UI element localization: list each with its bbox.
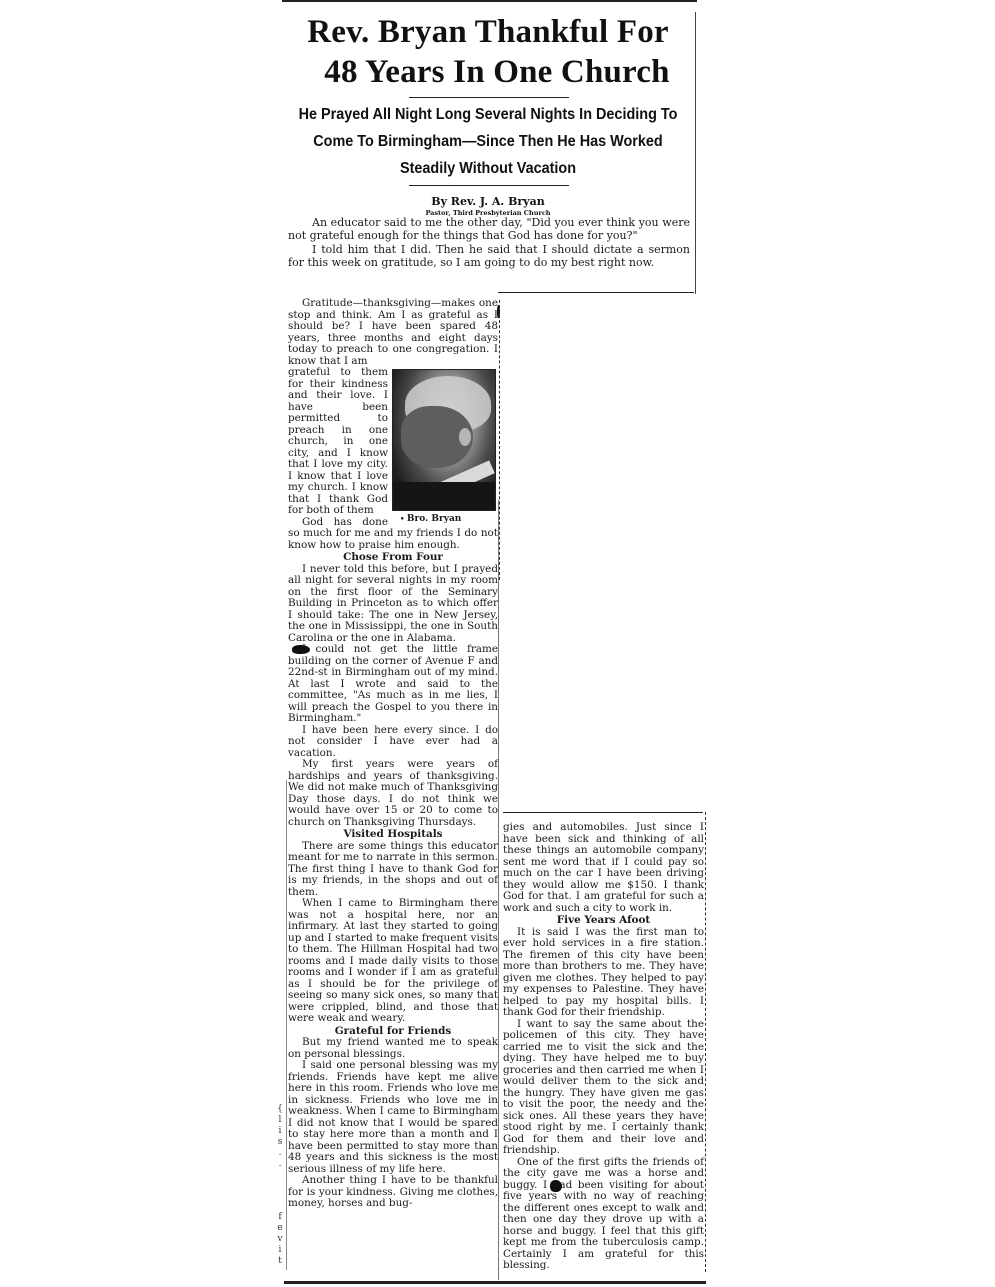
- deck-line-2: Come To Birmingham—Since Then He Has Wor…: [296, 128, 679, 155]
- continuation-paragraph: gies and automobiles. Just since I have …: [503, 822, 704, 914]
- deck-line-1: He Prayed All Night Long Several Nights …: [296, 101, 679, 128]
- subheadline-deck: He Prayed All Night Long Several Nights …: [296, 101, 679, 182]
- deck-divider: [409, 185, 569, 186]
- lede-paragraph: An educator said to me the other day, "D…: [288, 216, 690, 243]
- column-gutter-rule-lower: [498, 500, 500, 1280]
- deck-line-3: Steadily Without Vacation: [296, 155, 679, 182]
- section-paragraph: My first years were years of hardships a…: [288, 759, 498, 828]
- portrait-figure: Bro. Bryan: [392, 369, 498, 525]
- right-column-border: [705, 812, 707, 1272]
- headline-line-1: Rev. Bryan Thankful For: [282, 12, 694, 52]
- ink-blot: [497, 305, 500, 318]
- section-paragraph: But my friend wanted me to speak on pers…: [288, 1037, 498, 1060]
- section-paragraph: One of the first gifts the friends of th…: [503, 1157, 704, 1272]
- adjacent-column-fragment: f e v i t: [276, 1212, 284, 1267]
- lede-bottom-rule: [498, 292, 694, 293]
- top-rule: [282, 0, 697, 2]
- column-2: gies and automobiles. Just since I have …: [503, 822, 704, 1272]
- photo-caption: Bro. Bryan: [392, 513, 498, 525]
- ink-blot: [550, 1180, 562, 1192]
- byline: By Rev. J. A. Bryan: [282, 196, 694, 208]
- headline-divider: [409, 97, 569, 98]
- section-paragraph: I want to say the same about the policem…: [503, 1019, 704, 1157]
- portrait-photo: [392, 369, 496, 511]
- section-paragraph: I could not get the little frame buildin…: [288, 644, 498, 725]
- newspaper-clipping: Rev. Bryan Thankful For 48 Years In One …: [0, 0, 995, 1287]
- section-paragraph: Another thing I have to be thankful for …: [288, 1175, 498, 1210]
- lede-paragraphs: An educator said to me the other day, "D…: [288, 216, 690, 270]
- right-border-rule: [695, 12, 697, 294]
- section-paragraph: There are some things this educator mean…: [288, 841, 498, 899]
- paragraph-intro: Gratitude—thanksgiving—makes one stop an…: [288, 298, 498, 367]
- ink-blot: [292, 645, 310, 654]
- column-1: Gratitude—thanksgiving—makes one stop an…: [288, 298, 498, 1210]
- headline-line-2: 48 Years In One Church: [282, 52, 694, 92]
- section-paragraph: I never told this before, but I prayed a…: [288, 564, 498, 645]
- section-paragraph: I said one personal blessing was my frie…: [288, 1060, 498, 1175]
- section-heading: Chose From Four: [288, 552, 498, 564]
- section-paragraph: When I came to Birmingham there was not …: [288, 898, 498, 1025]
- section-paragraph: It is said I was the first man to ever h…: [503, 927, 704, 1019]
- bottom-rule: [284, 1281, 706, 1284]
- section-heading: Visited Hospitals: [288, 829, 498, 841]
- column2-top-rule: [503, 812, 703, 813]
- section-heading: Five Years Afoot: [503, 915, 704, 927]
- adjacent-column-fragment: { l i s . .: [276, 1104, 284, 1170]
- headline: Rev. Bryan Thankful For 48 Years In One …: [282, 12, 694, 92]
- lede-paragraph: I told him that I did. Then he said that…: [288, 243, 690, 270]
- section-paragraph: I have been here every since. I do not c…: [288, 725, 498, 760]
